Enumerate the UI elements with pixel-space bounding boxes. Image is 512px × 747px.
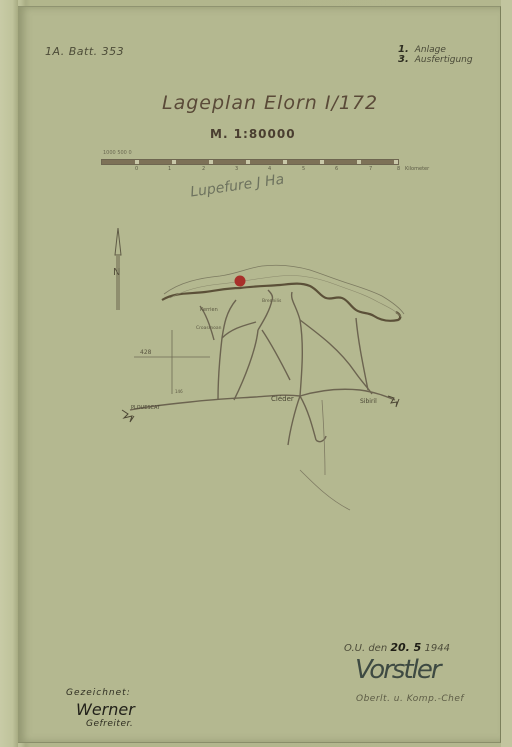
signature-commander: Vorstler [355,655,440,685]
date-value: 20. 5 [390,641,421,654]
location-map: 428 146 Kerrien Brennilis Croasmoan PLOU… [0,0,512,747]
place-label: Sibiril [360,398,377,405]
grid-label-small: 146 [175,389,183,394]
grid-label: 428 [140,349,152,356]
date-prefix: O.U. den [344,643,387,654]
north-label: N [113,267,120,278]
date-line: O.U. den 20. 5 1944 [344,641,450,654]
date-year: 1944 [425,643,450,654]
place-label: Cléder [271,395,294,403]
signature-draftsman: Werner [76,700,135,719]
commander-role: Oberlt. u. Komp.-Chef [356,694,464,704]
plouescat-village-icon [122,410,134,422]
drawn-by-label: Gezeichnet: [66,688,131,698]
draftsman-rank: Gefreiter. [86,719,133,729]
place-label: Brennilis [262,298,282,304]
location-marker-icon [235,276,246,287]
place-label: Croasmoan [196,325,222,331]
place-label: PLOUESCAT [131,405,161,411]
place-label: Kerrien [200,307,218,313]
